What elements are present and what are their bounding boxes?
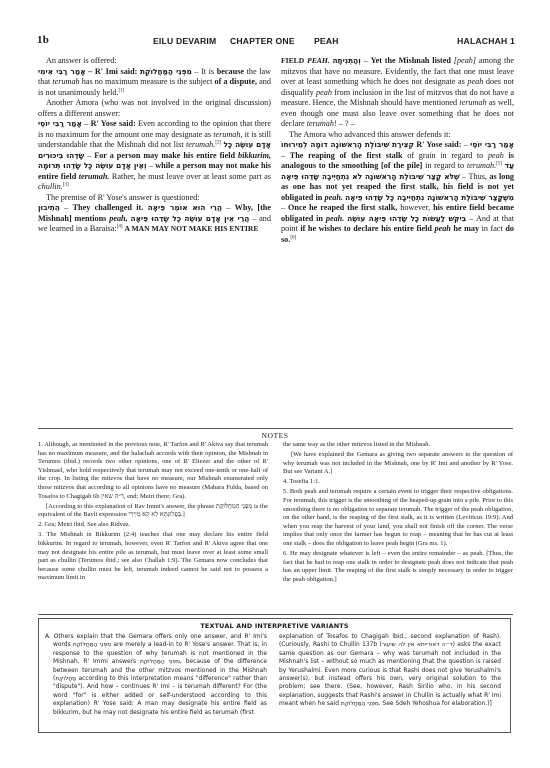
hebrew-phrase: מִפְּנֵי הַמַּחֲלוֹקֶת [140,67,192,76]
note-3-addendum: [We have explained the Gemara as giving … [283,451,513,477]
text: – [60,203,73,212]
hebrew-phrase: קְצִירַת שִׁיבּוֹלֶת הָרִאשׁוֹנָה דוֹמָה… [281,140,414,149]
text: – R' Imi said: [86,67,140,76]
main-text-right-column: FIELD PEAH. וְהַתְּנִיתָה – Yet the Mish… [281,56,514,245]
text: however, [397,203,433,212]
note-2: 2. Gra; Meiri ibid. See also Ridvaz. [38,521,268,530]
text: terumah, [213,130,242,139]
paragraph: Another Amora (who was not involved in t… [38,98,271,119]
text: of grain in regard to [403,151,488,160]
variant-a: A. Others explain that the Gemara offers… [45,633,267,717]
hebrew-phrase: אָמַר רַבִּי יוֹסֵי [470,140,514,149]
paragraph: קְצִירַת שִׁיבּוֹלֶת הָרִאשׁוֹנָה דוֹמָה… [281,140,514,245]
variants-left-column: A. Others explain that the Gemara offers… [45,633,267,717]
note-5: 5. Both peah and terumah require a certa… [283,488,513,548]
text: R' Yose said: [416,140,461,149]
text: Yet the Mishnah listed [371,56,454,65]
note-4: 4. Tosefta 1:1. [283,478,513,487]
text: peah, [109,214,127,223]
text: has no maximum measure is the subject [80,77,215,86]
hebrew-phrase: הֲרֵי הוּא אוֹמֵר פֵּיאָה [148,203,222,212]
paragraph: הֵתִיבוּן – They challenged it. הֲרֵי הו… [38,203,271,235]
text: – [84,151,94,160]
footnote-ref[interactable]: [6] [290,235,296,240]
text: Once he reaped the first stalk, [288,203,397,212]
text: terumah. [467,161,496,170]
note-3-continued: the same way as the other mitzvos listed… [283,441,513,450]
text: R' Yose said: [91,119,136,128]
text: peah [316,88,332,97]
notes-left-column: 1. Although, as mentioned in the previou… [38,441,268,585]
main-text-left-column: An answer is offered: אָמַר רַבִּי אִימִ… [38,56,271,235]
running-head: 1b EILU DEVARIM CHAPTER ONE PEAH HALACHA… [37,36,515,50]
text: bikkurim, [238,151,271,160]
paragraph: The Amora who advanced this answer defen… [281,130,514,141]
topic-label: PEAH [314,36,339,46]
folio-number: 1b [37,34,49,46]
text: terumah [52,77,79,86]
text: of a dispute, [215,77,258,86]
paragraph: FIELD PEAH. וְהַתְּנִיתָה – Yet the Mish… [281,56,514,130]
variants-right-column: explanation of Tosafos to Chagigah ibid.… [279,633,501,709]
text: – Thus, [460,172,490,181]
notes-divider [38,428,513,429]
text: – [147,161,156,170]
text: FIELD [281,56,304,65]
variant-a-continued: explanation of Tosafos to Chagigah ibid.… [279,633,501,709]
text: he may [451,224,479,233]
text: peah. [326,214,344,223]
note-6: 6. He may designate whatever is left – e… [283,550,513,584]
notes-right-column: the same way as the other mitzvos listed… [283,441,513,586]
text: if he wishes to declare his entire field [300,224,434,233]
text: terumah. [79,172,110,181]
text: For a person may make his entire field [94,151,238,160]
text: in regard to [422,161,466,170]
hebrew-phrase: אָמַר רַבִּי אִימִי [38,67,86,76]
hebrew-phrase: וְהַתְּנִיתָה [332,56,360,65]
hebrew-phrase: וְאֵין אָדָם עוֹשֶׂה כָּל שָׂדֵהוּ תְּרו… [38,161,147,170]
hebrew-phrase: הֵתִיבוּן [38,203,60,212]
text: in fact [479,224,505,233]
text: – [281,203,288,212]
hebrew-phrase: מִשֶּׁקָּצַר שִׁיבּוֹלֶת הָרִאשׁוֹנָה נִ… [345,193,514,202]
text: A MAN MAY NOT MAKE HIS ENTIRE [125,224,259,233]
text: – [82,119,91,128]
paragraph: אָמַר רַבִּי יוֹסֵי – R' Yose said: Even… [38,119,271,193]
chapter-label: CHAPTER ONE [230,36,295,46]
text: – [281,151,290,160]
text: terumah [307,119,334,128]
text: PEAH. [307,56,330,65]
footnote-ref[interactable]: [1] [119,88,125,93]
hebrew-phrase: אָמַר רַבִּי יוֹסֵי [38,119,82,128]
hebrew-phrase: הֲרֵי אֵין אָדָם עוֹשֶׂה כָּל שָׂדֵהוּ פ… [131,214,250,223]
paragraph: אָמַר רַבִּי אִימִי – R' Imi said: מִפְּ… [38,67,271,99]
paragraph: An answer is offered: [38,56,271,67]
text: peah [434,224,450,233]
text: terumah [459,98,486,107]
text: chullin. [38,182,63,191]
hebrew-phrase: בִּיקֵּשׁ לַעֲשׂוֹת כָּל שָׂדֵהוּ פֵּיאָ… [347,214,466,223]
text: because [217,67,244,76]
notes-bottom-divider [38,614,513,615]
footnote-ref[interactable]: [3] [63,182,69,187]
variants-heading: TEXTUAL AND INTERPRETIVE VARIANTS [39,622,510,630]
text: – It is [192,67,217,76]
text: terumah. [186,140,215,149]
text: The reaping of the first stalk [290,151,403,160]
halachah-label: HALACHAH 1 [457,36,515,46]
text: peah. [325,193,343,202]
note-3: 3. The Mishnah in Bikkurim (2:4) teaches… [38,531,268,583]
paragraph: The premise of R' Yose's answer is quest… [38,193,271,204]
text: ! – ? – [334,119,355,128]
tractate-name: EILU DEVARIM [153,36,216,46]
footnote-ref[interactable]: [4] [117,224,123,229]
note-1: 1. Although, as mentioned in the previou… [38,441,268,501]
note-1-addendum: [According to this explanation of Rav Im… [38,503,268,520]
text: They challenged it. [73,203,144,212]
notes-heading: NOTES [0,431,550,440]
text: Rather, he must leave over at least some… [109,172,271,181]
footnote-ref[interactable]: [5] [496,161,502,166]
text: peah [467,77,483,86]
text: – [361,56,371,65]
textual-variants-box: TEXTUAL AND INTERPRETIVE VARIANTS A. Oth… [38,618,511,733]
text: – [461,140,470,149]
footnote-ref[interactable]: [2] [215,140,221,145]
talmud-page: 1b EILU DEVARIM CHAPTER ONE PEAH HALACHA… [0,0,550,768]
text: peah [488,151,504,160]
text: [peah] [454,56,476,65]
text: – [222,203,235,212]
